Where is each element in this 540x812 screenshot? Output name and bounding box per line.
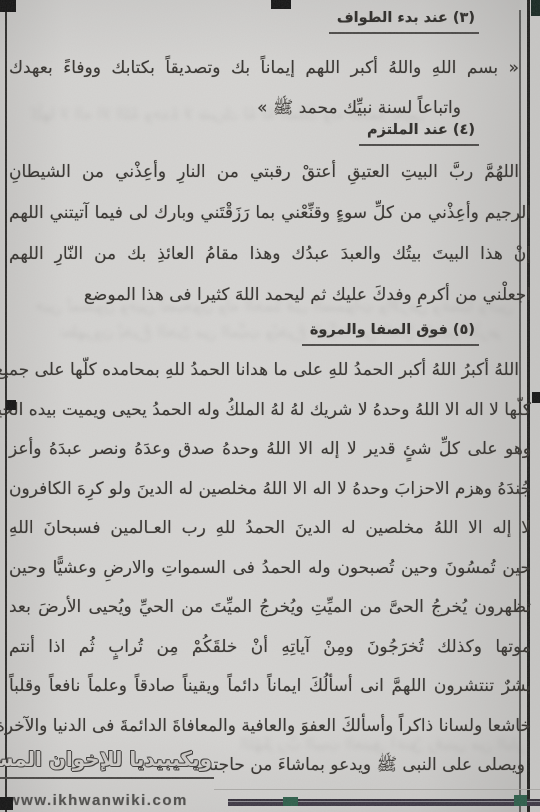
watermark-logo-text: ويكيبيديا للإخوان المسلمين — [0, 747, 214, 779]
ikhwanwiki-watermark: ويكيبيديا للإخوان المسلمين www.ikhwanwik… — [6, 747, 214, 779]
section-heading-5-safa-marwa: (٥) فوق الصفا والمروة — [302, 322, 479, 346]
text-line: إنْ هذا البيتَ بيتُك والعبدَ عبدُك وهذا … — [9, 234, 531, 275]
paragraph-multazam: اللهُمَّ ربَّ البيتِ العتيقِ أعتقْ رقبتي… — [9, 152, 531, 316]
text-line: حين تُمسُونَ وحين تُصبحون وله الحمدُ فى … — [9, 549, 531, 589]
section-heading-3-tawaf-start: (٣) عند بدء الطواف — [329, 10, 479, 34]
text-line: كلّها لا اله الا اللهُ وحدهُ لا شريك لهُ… — [9, 391, 531, 431]
scan-edge-right — [530, 0, 540, 812]
registration-mark-top-center — [271, 0, 291, 9]
watermark-url: www.ikhwanwiki.com — [8, 792, 188, 809]
text-line: لا إله الا اللهُ مخلصين له الدينَ الحمدُ… — [9, 509, 531, 549]
registration-mark-mid-left — [6, 400, 16, 410]
text-line: اللهُمَّ ربَّ البيتِ العتيقِ أعتقْ رقبتي… — [9, 152, 531, 193]
text-line: موتها وكذلك تُخرَجُونَ ومِنْ آياتِهِ أنْ… — [9, 628, 531, 668]
scanned-book-page: كلّها لا اله الا اللهُ وحدهُ لا شريك لهُ… — [0, 0, 540, 812]
text-line: بشرٌ تنتشرون اللهمَّ انى أسألُكَ ايماناً… — [9, 667, 531, 707]
text-line: تظهرون يُخرجُ الحىَّ من الميِّتِ ويُخرجُ… — [9, 588, 531, 628]
registration-mark-bottom-right-green — [514, 795, 527, 806]
bottom-frame-line — [228, 799, 540, 806]
text-line: جُندَهُ وهزم الاحزابَ وحدهُ لا اله الا ا… — [9, 470, 531, 510]
text-line: خاشعا ولسانا ذاكراً وأسألكَ العفوَ والعا… — [9, 707, 531, 747]
text-line: « بسم اللهِ واللهُ أكبر اللهم إيماناً بك… — [9, 48, 531, 88]
registration-mark-bottom-center-green — [283, 797, 298, 806]
paragraph-safa-marwa: اللهُ أكبرُ اللهُ أكبر الحمدُ للهِ على م… — [9, 351, 531, 786]
registration-mark-top-left — [0, 0, 16, 12]
registration-mark-top-right — [531, 0, 540, 16]
paragraph-tawaf-start: « بسم اللهِ واللهُ أكبر اللهم إيماناً بك… — [9, 48, 531, 128]
text-line: اللهُ أكبرُ اللهُ أكبر الحمدُ للهِ على م… — [9, 351, 531, 391]
text-line: الرجيم وأعِذْني من كلِّ سوءٍ وقنِّعْني ب… — [9, 193, 531, 234]
registration-mark-mid-right — [532, 392, 540, 403]
text-line: وهو على كلِّ شئٍ قدير لا إله الا اللهُ و… — [9, 430, 531, 470]
registration-mark-bottom-left — [0, 797, 13, 810]
bottom-faint-line — [214, 789, 540, 790]
text-line: اجعلْني من أكرمِ وفدكَ عليك ثم ليحمد الل… — [9, 275, 531, 316]
section-heading-4-multazam: (٤) عند الملتزم — [359, 122, 479, 146]
page-content: (٣) عند بدء الطواف « بسم اللهِ واللهُ أك… — [9, 0, 531, 812]
